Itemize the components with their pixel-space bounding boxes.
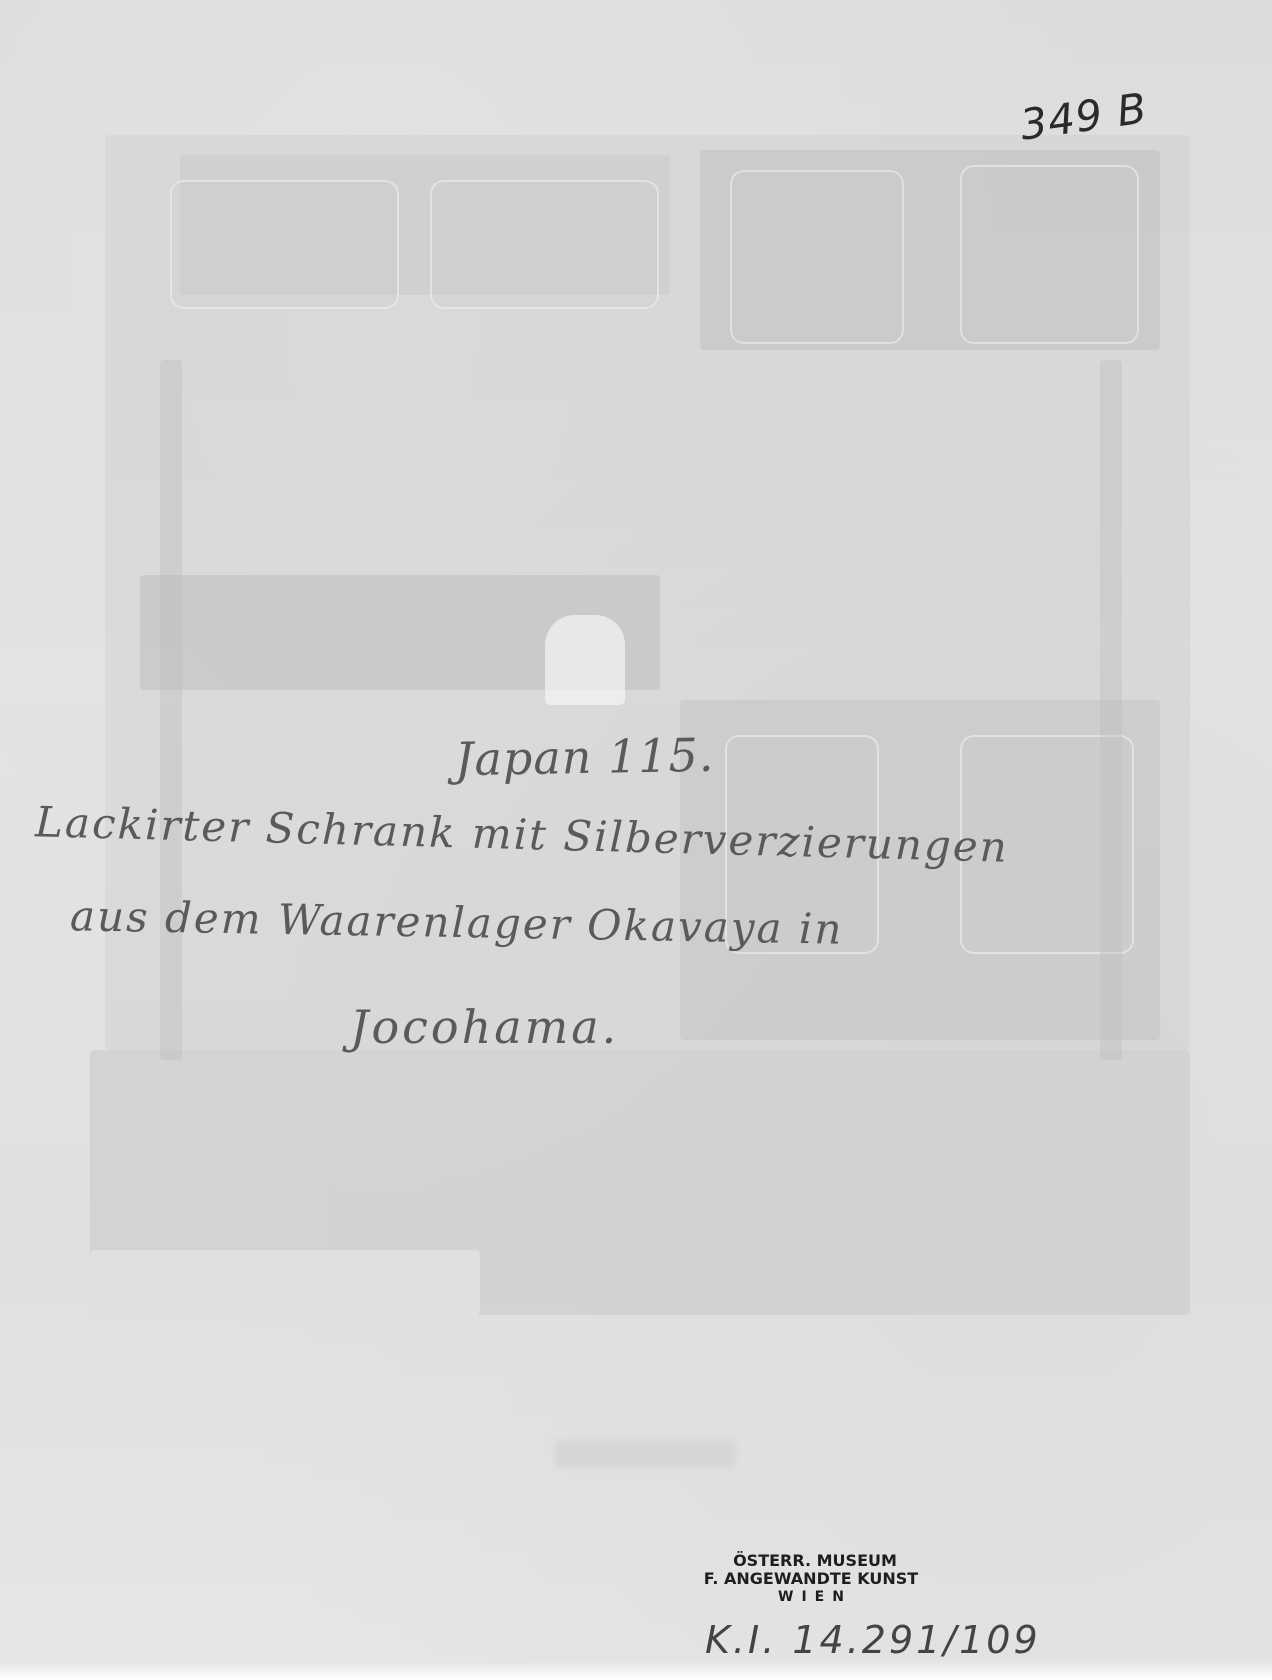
show-through-base-notch	[90, 1250, 480, 1315]
show-through-right-pillar	[1100, 360, 1122, 1060]
note-title: Japan 115.	[455, 728, 715, 787]
show-through-vase	[545, 615, 625, 705]
inventory-number: K.I. 14.291/109	[705, 1618, 1041, 1662]
show-through-left-pillar	[160, 360, 182, 1060]
stamp-line-3: WIEN	[695, 1588, 935, 1606]
show-through-panel	[170, 180, 399, 309]
stamp-line-1: ÖSTERR. MUSEUM	[695, 1552, 935, 1570]
photo-verso-sheet: 349 B Japan 115. Lackirter Schrank mit S…	[0, 0, 1272, 1672]
stamp-line-2: F. ANGEWANDTE KUNST	[687, 1570, 935, 1588]
show-through-panel	[730, 170, 904, 344]
show-through-photographer-imprint	[555, 1440, 735, 1468]
museum-stamp: ÖSTERR. MUSEUM F. ANGEWANDTE KUNST WIEN	[695, 1552, 935, 1606]
note-line-4: Jocohama.	[350, 1000, 619, 1054]
show-through-panel	[430, 180, 659, 309]
sheet-bottom-edge	[0, 1660, 1272, 1680]
show-through-panel	[960, 165, 1139, 344]
